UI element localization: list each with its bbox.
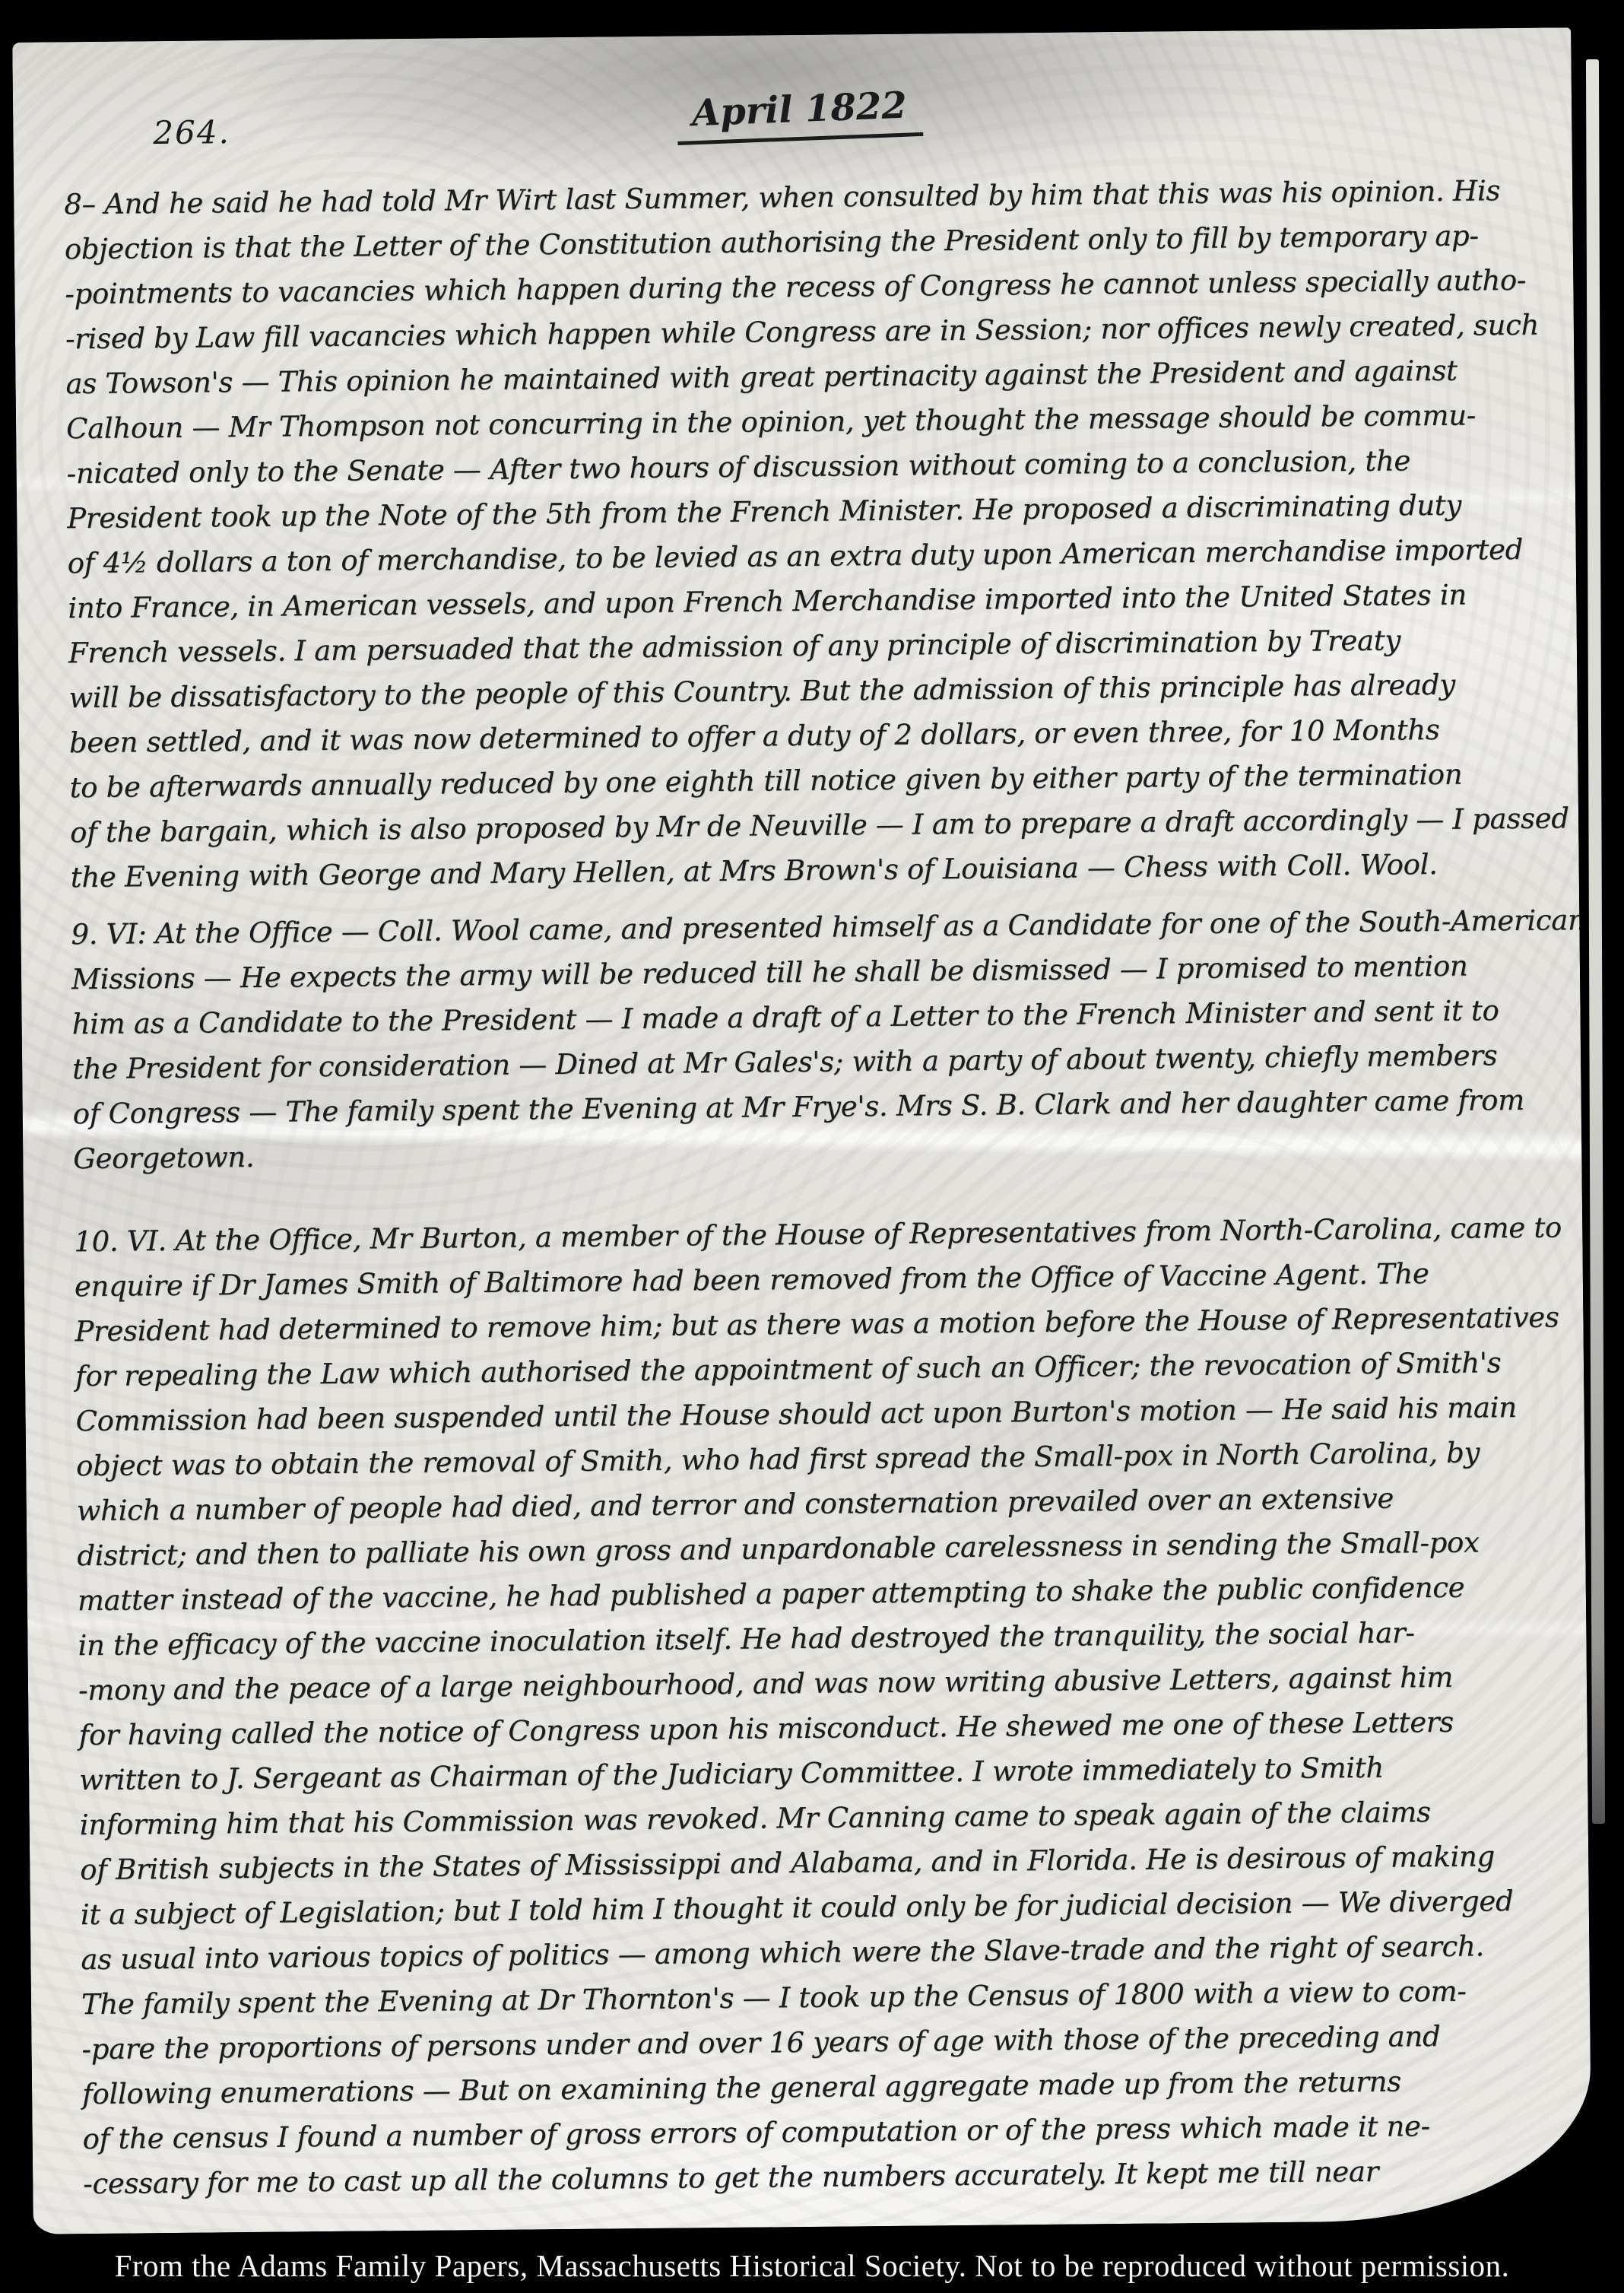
adjacent-page-edge <box>1586 59 1605 1824</box>
diary-entry-april-8: 8– And he said he had told Mr Wirt last … <box>64 168 1543 900</box>
page-header: 264. April 1822 <box>63 68 1536 183</box>
manuscript-page: 264. April 1822 8– And he said he had to… <box>12 27 1592 2234</box>
date-heading-text: April 1822 <box>676 84 923 145</box>
diary-entries: 8– And he said he had told Mr Wirt last … <box>64 168 1555 2206</box>
footer-bar: From the Adams Family Papers, Massachuse… <box>0 2247 1624 2284</box>
page-container: 264. April 1822 8– And he said he had to… <box>0 0 1624 2293</box>
manuscript-content: 264. April 1822 8– And he said he had to… <box>12 27 1591 2207</box>
diary-entry-april-10: 10. VI. At the Office, Mr Burton, a memb… <box>74 1205 1555 2207</box>
footer-caption: From the Adams Family Papers, Massachuse… <box>115 2248 1510 2283</box>
date-heading: April 1822 <box>63 81 1536 148</box>
diary-entry-april-9: 9. VI: At the Office — Coll. Wool came, … <box>71 898 1545 1182</box>
